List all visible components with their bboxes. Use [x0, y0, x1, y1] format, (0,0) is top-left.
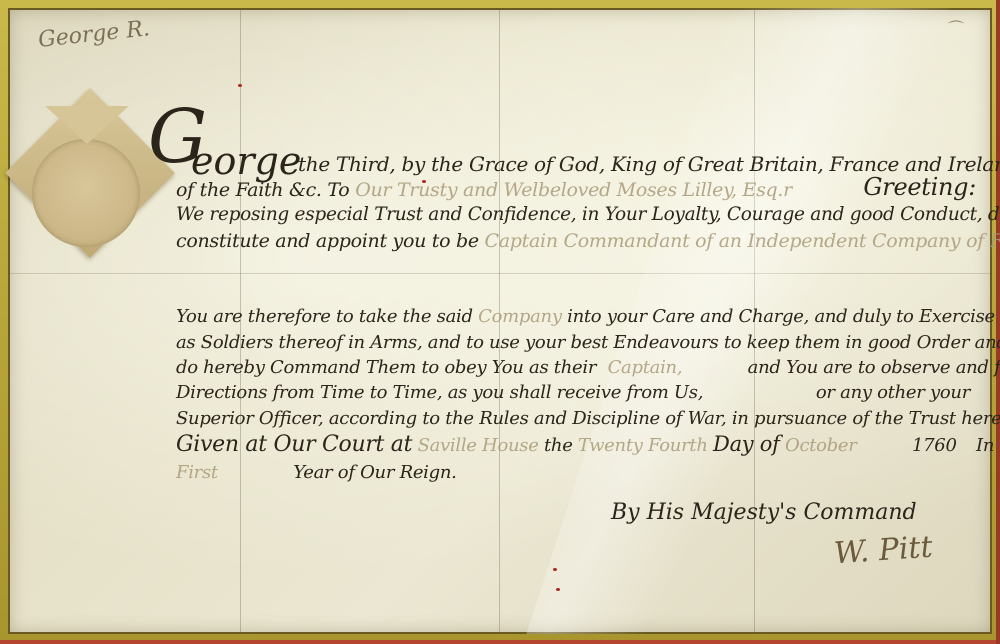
- text-line: We reposing especial Trust and Confidenc…: [176, 204, 1000, 225]
- text-line: do hereby Command Them to obey You as th…: [176, 357, 976, 378]
- month-fill: October: [785, 435, 857, 456]
- secretary-signature: W. Pitt: [833, 530, 934, 572]
- text-line: Given at Our Court at Saville House the …: [176, 432, 1000, 457]
- text-line: Directions from Time to Time, as you sha…: [176, 382, 976, 403]
- rank-fill-2: Captain,: [608, 357, 683, 378]
- red-wax-speck: [553, 568, 557, 571]
- regnal-year-fill: First: [176, 462, 218, 483]
- text-line: as Soldiers thereof in Arms, and to use …: [176, 332, 1000, 353]
- greeting: Greeting:: [863, 173, 976, 201]
- text-line: constitute and appoint you to be Captain…: [176, 230, 1000, 252]
- year-fill: 1760: [912, 435, 957, 456]
- rank-fill: Captain Commandant of an Independent Com…: [485, 230, 1000, 252]
- recipient-fill: Our Trusty and Welbeloved Moses Lilley, …: [355, 179, 792, 201]
- seal-emboss-icon: [32, 139, 140, 247]
- text-line: Superior Officer, according to the Rules…: [176, 408, 1000, 429]
- fold-line: [8, 273, 992, 274]
- court-fill: Saville House: [418, 435, 539, 456]
- day-fill: Twenty Fourth: [578, 435, 708, 456]
- red-wax-speck: [238, 84, 242, 87]
- unit-fill: Company: [478, 306, 562, 327]
- king-signature: George R.: [37, 16, 151, 53]
- text-line: of the Faith &c. To Our Trusty and Welbe…: [176, 179, 976, 201]
- commission-document: ⌒ George R. G eorge the Third, by the Gr…: [8, 8, 992, 634]
- seal-flap: [45, 106, 129, 144]
- archive-mark-icon: ⌒: [948, 16, 964, 39]
- red-wax-speck: [556, 588, 560, 591]
- heading-name: eorge: [191, 139, 301, 183]
- text-line: You are therefore to take the said Compa…: [176, 306, 976, 327]
- red-mat-edge: [0, 640, 1000, 644]
- closing-formula: By His Majesty's Command: [611, 500, 917, 525]
- text-line: First Year of Our Reign.: [176, 462, 457, 483]
